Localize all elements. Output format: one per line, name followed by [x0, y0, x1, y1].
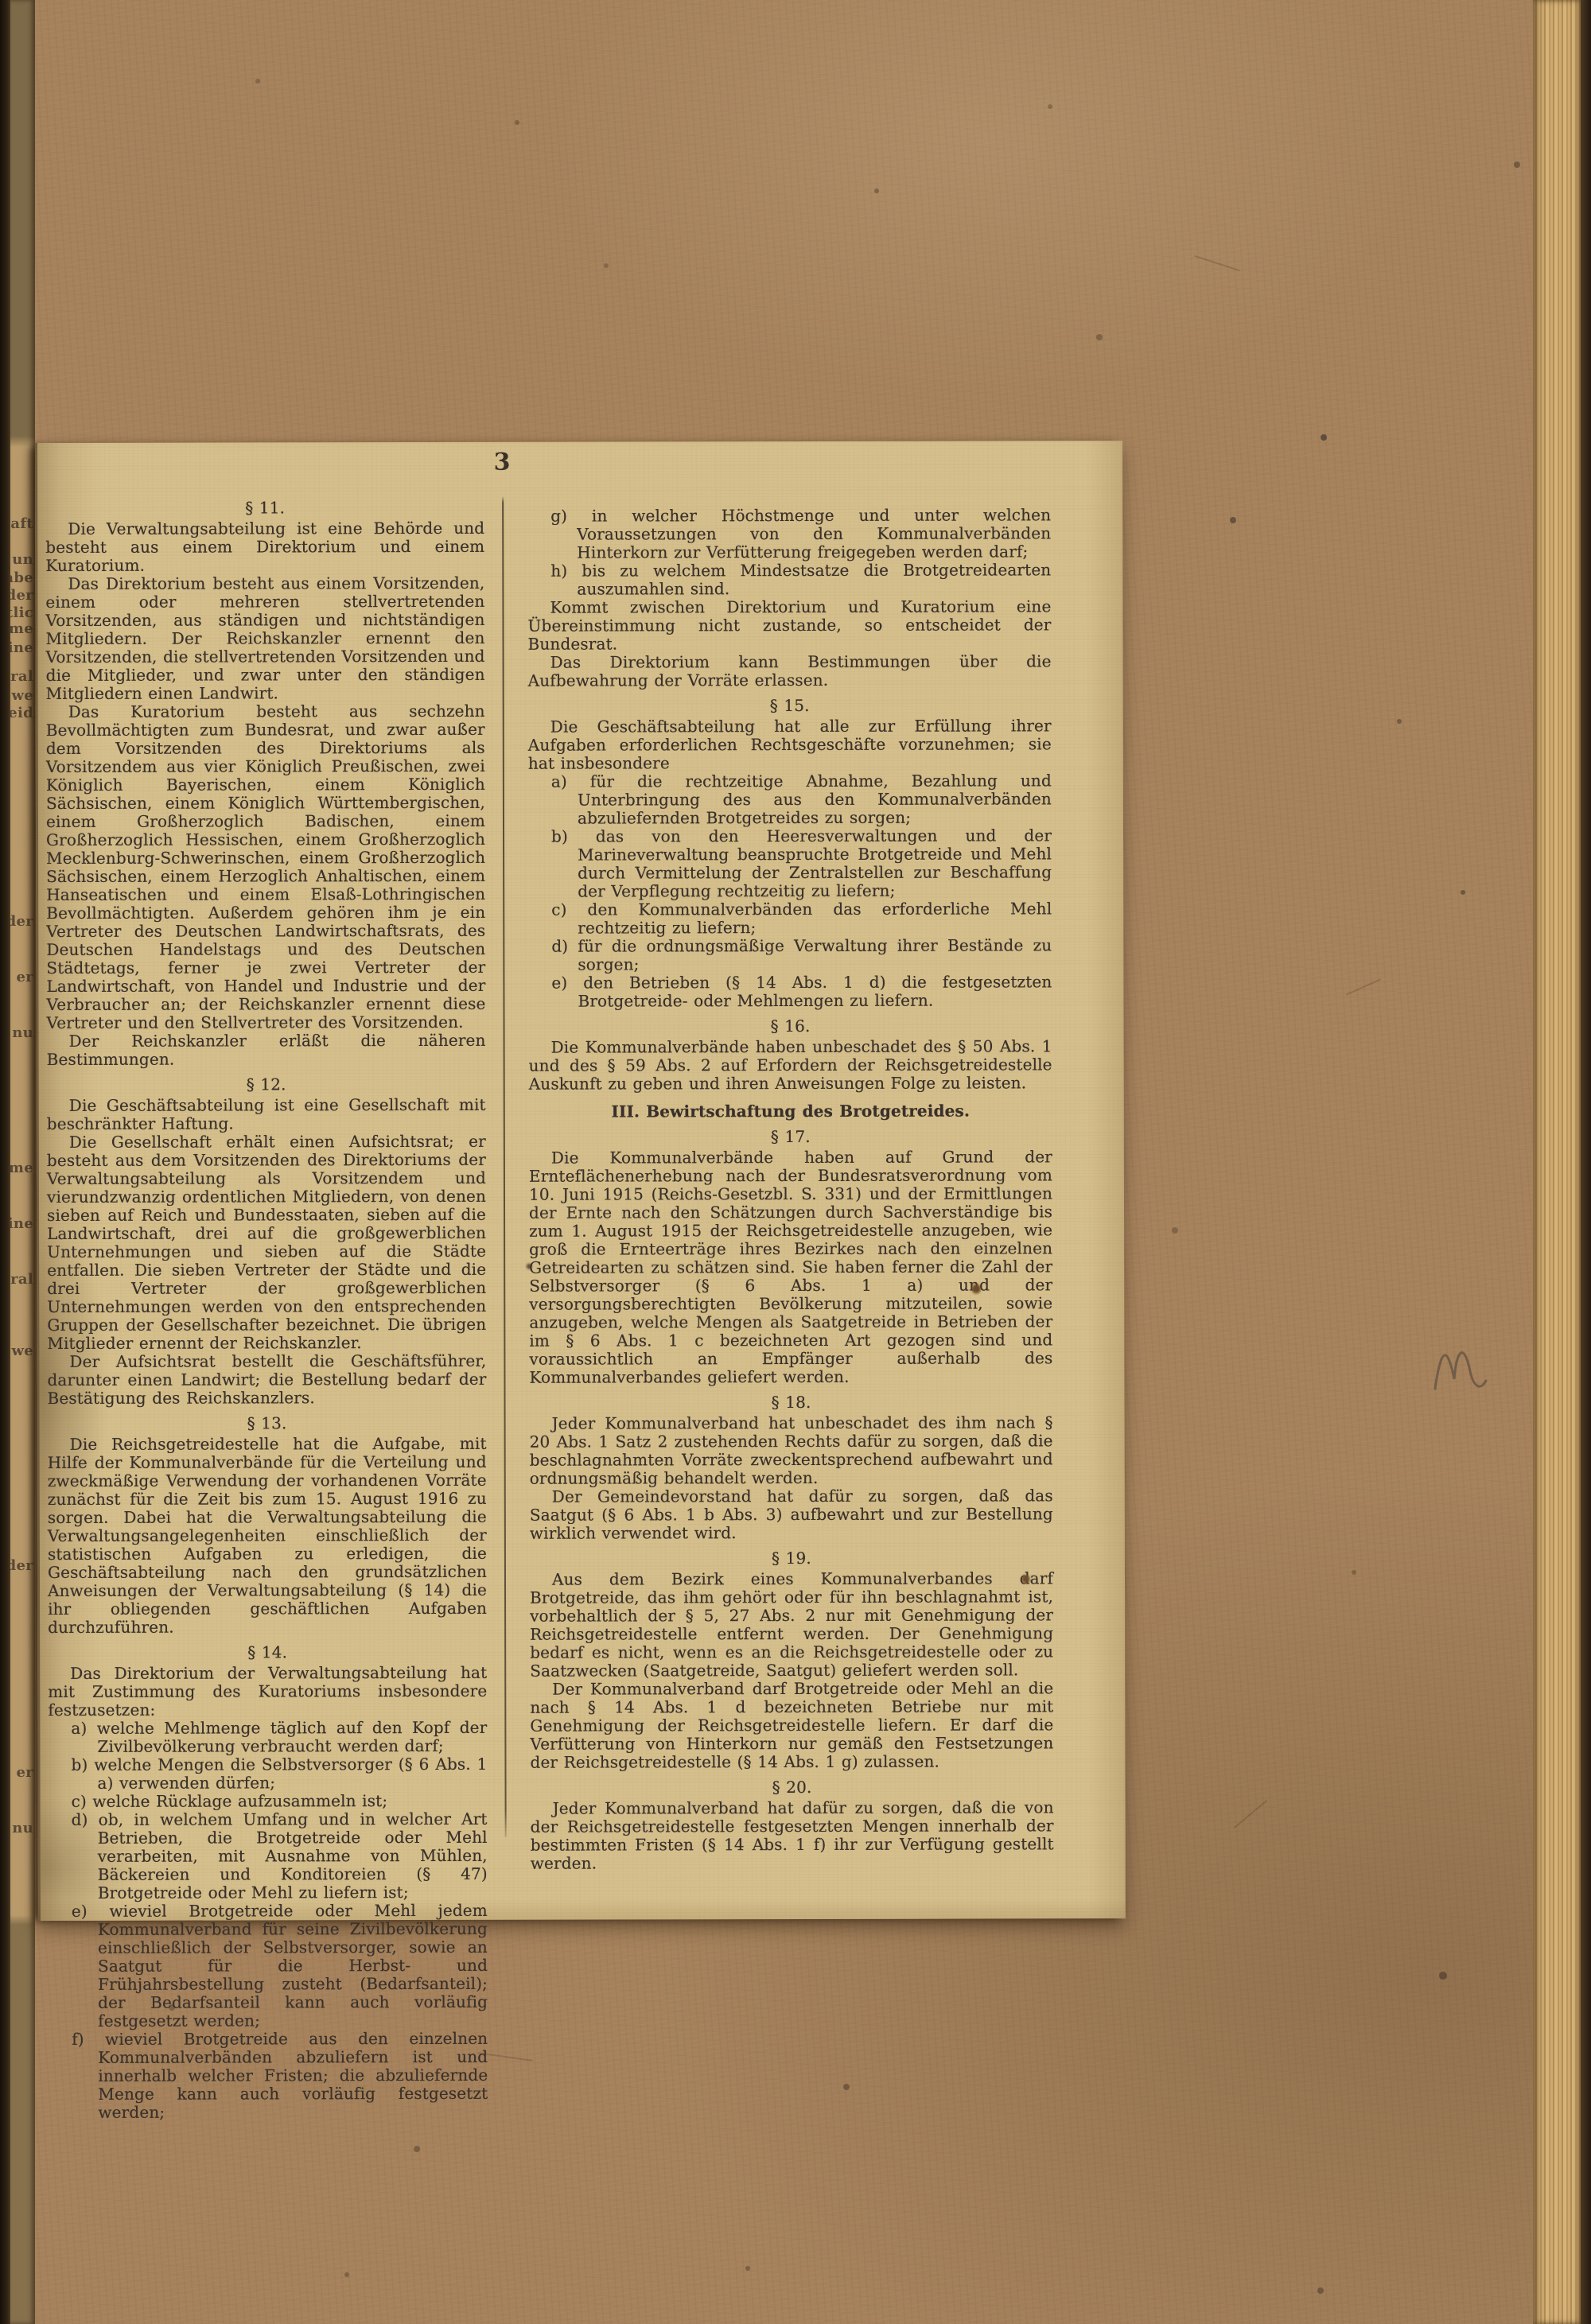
list-item-h-right: h) bis zu welchem Mindestsatze die Brotg…: [527, 561, 1051, 598]
cut-off-text-fragment: me: [10, 622, 33, 636]
item-marker: b): [551, 827, 596, 846]
cut-off-text-fragment: der: [10, 915, 33, 929]
item-marker: a): [551, 772, 590, 791]
cut-off-text-fragment: un: [12, 553, 33, 567]
list-item-c-left: c) welche Rücklage aufzusammeln ist;: [49, 1792, 488, 1811]
cut-off-text-fragment: ine: [10, 641, 33, 655]
cut-off-text-fragment: eid: [10, 706, 33, 721]
book-gutter-edge: [0, 0, 10, 2324]
cut-off-text-fragment: tlic: [10, 606, 33, 620]
cut-off-text-fragment: er: [16, 970, 33, 985]
underlying-page-sliver: aftunabedertlicmeineralweeidderernumeine…: [10, 0, 35, 2324]
paragraph: Das Kuratorium besteht aus sechzehn Bevo…: [46, 702, 486, 1032]
list-item-g-right: g) in welcher Höchstmenge und unter welc…: [527, 506, 1051, 562]
paragraph: Die Reichsgetreidestelle hat die Aufgabe…: [48, 1435, 488, 1637]
paragraph: Der Aufsichtsrat bestellt die Geschäftsf…: [47, 1352, 486, 1408]
paragraph: Die Verwaltungsabteilung ist eine Behörd…: [45, 519, 484, 575]
item-marker: a): [71, 1719, 96, 1738]
page-number: 3: [483, 449, 521, 476]
paragraph-sign-heading: § 15.: [528, 696, 1052, 715]
paragraph: Die Geschäftsabteilung hat alle zur Erfü…: [528, 717, 1052, 772]
list-item-b-right: b) das von den Heeresverwaltungen und de…: [528, 826, 1052, 900]
item-marker: g): [550, 507, 592, 526]
item-marker: c): [72, 1792, 93, 1811]
item-marker: e): [551, 974, 583, 993]
paragraph: Die Kommunalverbände haben unbeschadet d…: [529, 1037, 1052, 1093]
item-marker: h): [550, 562, 582, 581]
paragraph-sign-heading: § 14.: [48, 1643, 487, 1662]
cut-off-text-fragment: ral: [10, 670, 33, 684]
list-item-e-right: e) den Betrieben (§ 14 Abs. 1 d) die fes…: [528, 973, 1052, 1010]
paragraph: Jeder Kommunalverband hat dafür zu sorge…: [531, 1798, 1054, 1872]
item-marker: f): [72, 2030, 105, 2049]
paper-fibre: [1234, 1800, 1268, 1828]
paragraph: Das Direktorium der Verwaltungsabteilung…: [48, 1664, 487, 1720]
document-page: 3 § 11.Die Verwaltungsabteilung ist eine…: [35, 441, 1126, 1921]
paragraph: Der Gemeindevorstand hat dafür zu sorgen…: [530, 1487, 1053, 1542]
cut-off-text-fragment: me: [10, 1161, 33, 1176]
item-marker: d): [551, 937, 578, 956]
paragraph-sign-heading: § 19.: [530, 1549, 1053, 1568]
paragraph-sign-heading: § 18.: [530, 1393, 1053, 1412]
list-item-d-right: d) für die ordnungsmäßige Verwaltung ihr…: [528, 936, 1052, 974]
paragraph: Die Kommunalverbände haben auf Grund der…: [529, 1148, 1053, 1386]
scanned-book-page-photo: aftunabedertlicmeineralweeidderernumeine…: [0, 0, 1591, 2324]
paragraph-sign-heading: § 11.: [45, 499, 484, 518]
list-item-d-left: d) ob, in welchem Umfang und in welcher …: [49, 1810, 488, 1902]
paper-fibre: [1194, 255, 1240, 271]
cut-off-text-fragment: nu: [12, 1026, 33, 1040]
paragraph: Der Kommunalverband darf Brotgetreide od…: [530, 1679, 1053, 1771]
scan-right-edge: [1581, 0, 1591, 2324]
chapter-heading: III. Bewirtschaftung des Brotgetreides.: [529, 1102, 1052, 1121]
list-item-e-left: e) wieviel Brotgetreide oder Mehl jedem …: [49, 1902, 488, 2031]
list-item-a-right: a) für die rechtzeitige Abnahme, Bezahlu…: [528, 771, 1052, 827]
paragraph: Das Direktorium besteht aus einem Vorsit…: [45, 574, 484, 703]
paragraph: Kommt zwischen Direktorium und Kuratoriu…: [527, 597, 1051, 653]
cut-off-text-fragment: aft: [10, 517, 33, 531]
paragraph: Aus dem Bezirk eines Kommunalverbandes d…: [530, 1569, 1053, 1680]
paragraph-sign-heading: § 13.: [48, 1414, 487, 1433]
item-marker: b): [71, 1755, 94, 1774]
item-marker: e): [72, 1902, 110, 1921]
handwritten-margin-mark: [1430, 1330, 1492, 1406]
cut-off-text-fragment: der: [10, 589, 33, 603]
cut-off-text-fragment: we: [11, 689, 33, 703]
list-item-c-right: c) den Kommunalverbänden das erforderlic…: [528, 900, 1052, 937]
cut-off-text-fragment: ine: [10, 1217, 33, 1231]
paragraph-sign-heading: § 20.: [531, 1778, 1054, 1797]
item-marker: c): [551, 900, 587, 919]
cut-off-text-fragment: der: [10, 1559, 33, 1573]
cut-off-text-fragment: we: [11, 1344, 33, 1358]
paragraph: Der Reichskanzler erläßt die näheren Bes…: [47, 1032, 486, 1069]
paragraph: Die Geschäftsabteilung ist eine Gesellsc…: [47, 1096, 486, 1133]
cut-off-text-fragment: er: [16, 1766, 33, 1780]
list-item-a-left: a) welche Mehlmenge täglich auf den Kopf…: [48, 1719, 487, 1756]
text-column-left: § 11.Die Verwaltungsabteilung ist eine B…: [45, 492, 488, 2122]
paragraph-sign-heading: § 17.: [529, 1127, 1052, 1146]
text-column-right: g) in welcher Höchstmenge und unter welc…: [527, 490, 1054, 1872]
item-marker: d): [72, 1810, 99, 1829]
cut-off-text-fragment: ral: [10, 1273, 33, 1287]
paragraph: Die Gesellschaft erhält einen Aufsichtsr…: [47, 1133, 487, 1353]
column-divider-rule: [502, 492, 507, 1837]
paragraph: Das Direktorium kann Bestimmungen über d…: [528, 652, 1052, 690]
paragraph: Jeder Kommunalverband hat unbeschadet de…: [530, 1413, 1053, 1487]
paragraph-sign-heading: § 12.: [47, 1075, 486, 1094]
book-fore-edge-pages: [1533, 0, 1581, 2324]
cut-off-text-fragment: nu: [12, 1821, 33, 1836]
paragraph-sign-heading: § 16.: [529, 1016, 1052, 1036]
cut-off-text-fragment: abe: [10, 571, 33, 585]
list-item-b-left: b) welche Mengen die Selbstversorger (§ …: [48, 1755, 487, 1793]
list-item-f-left: f) wieviel Brotgetreide aus den einzelne…: [49, 2030, 488, 2122]
paper-fibre: [1346, 978, 1382, 995]
